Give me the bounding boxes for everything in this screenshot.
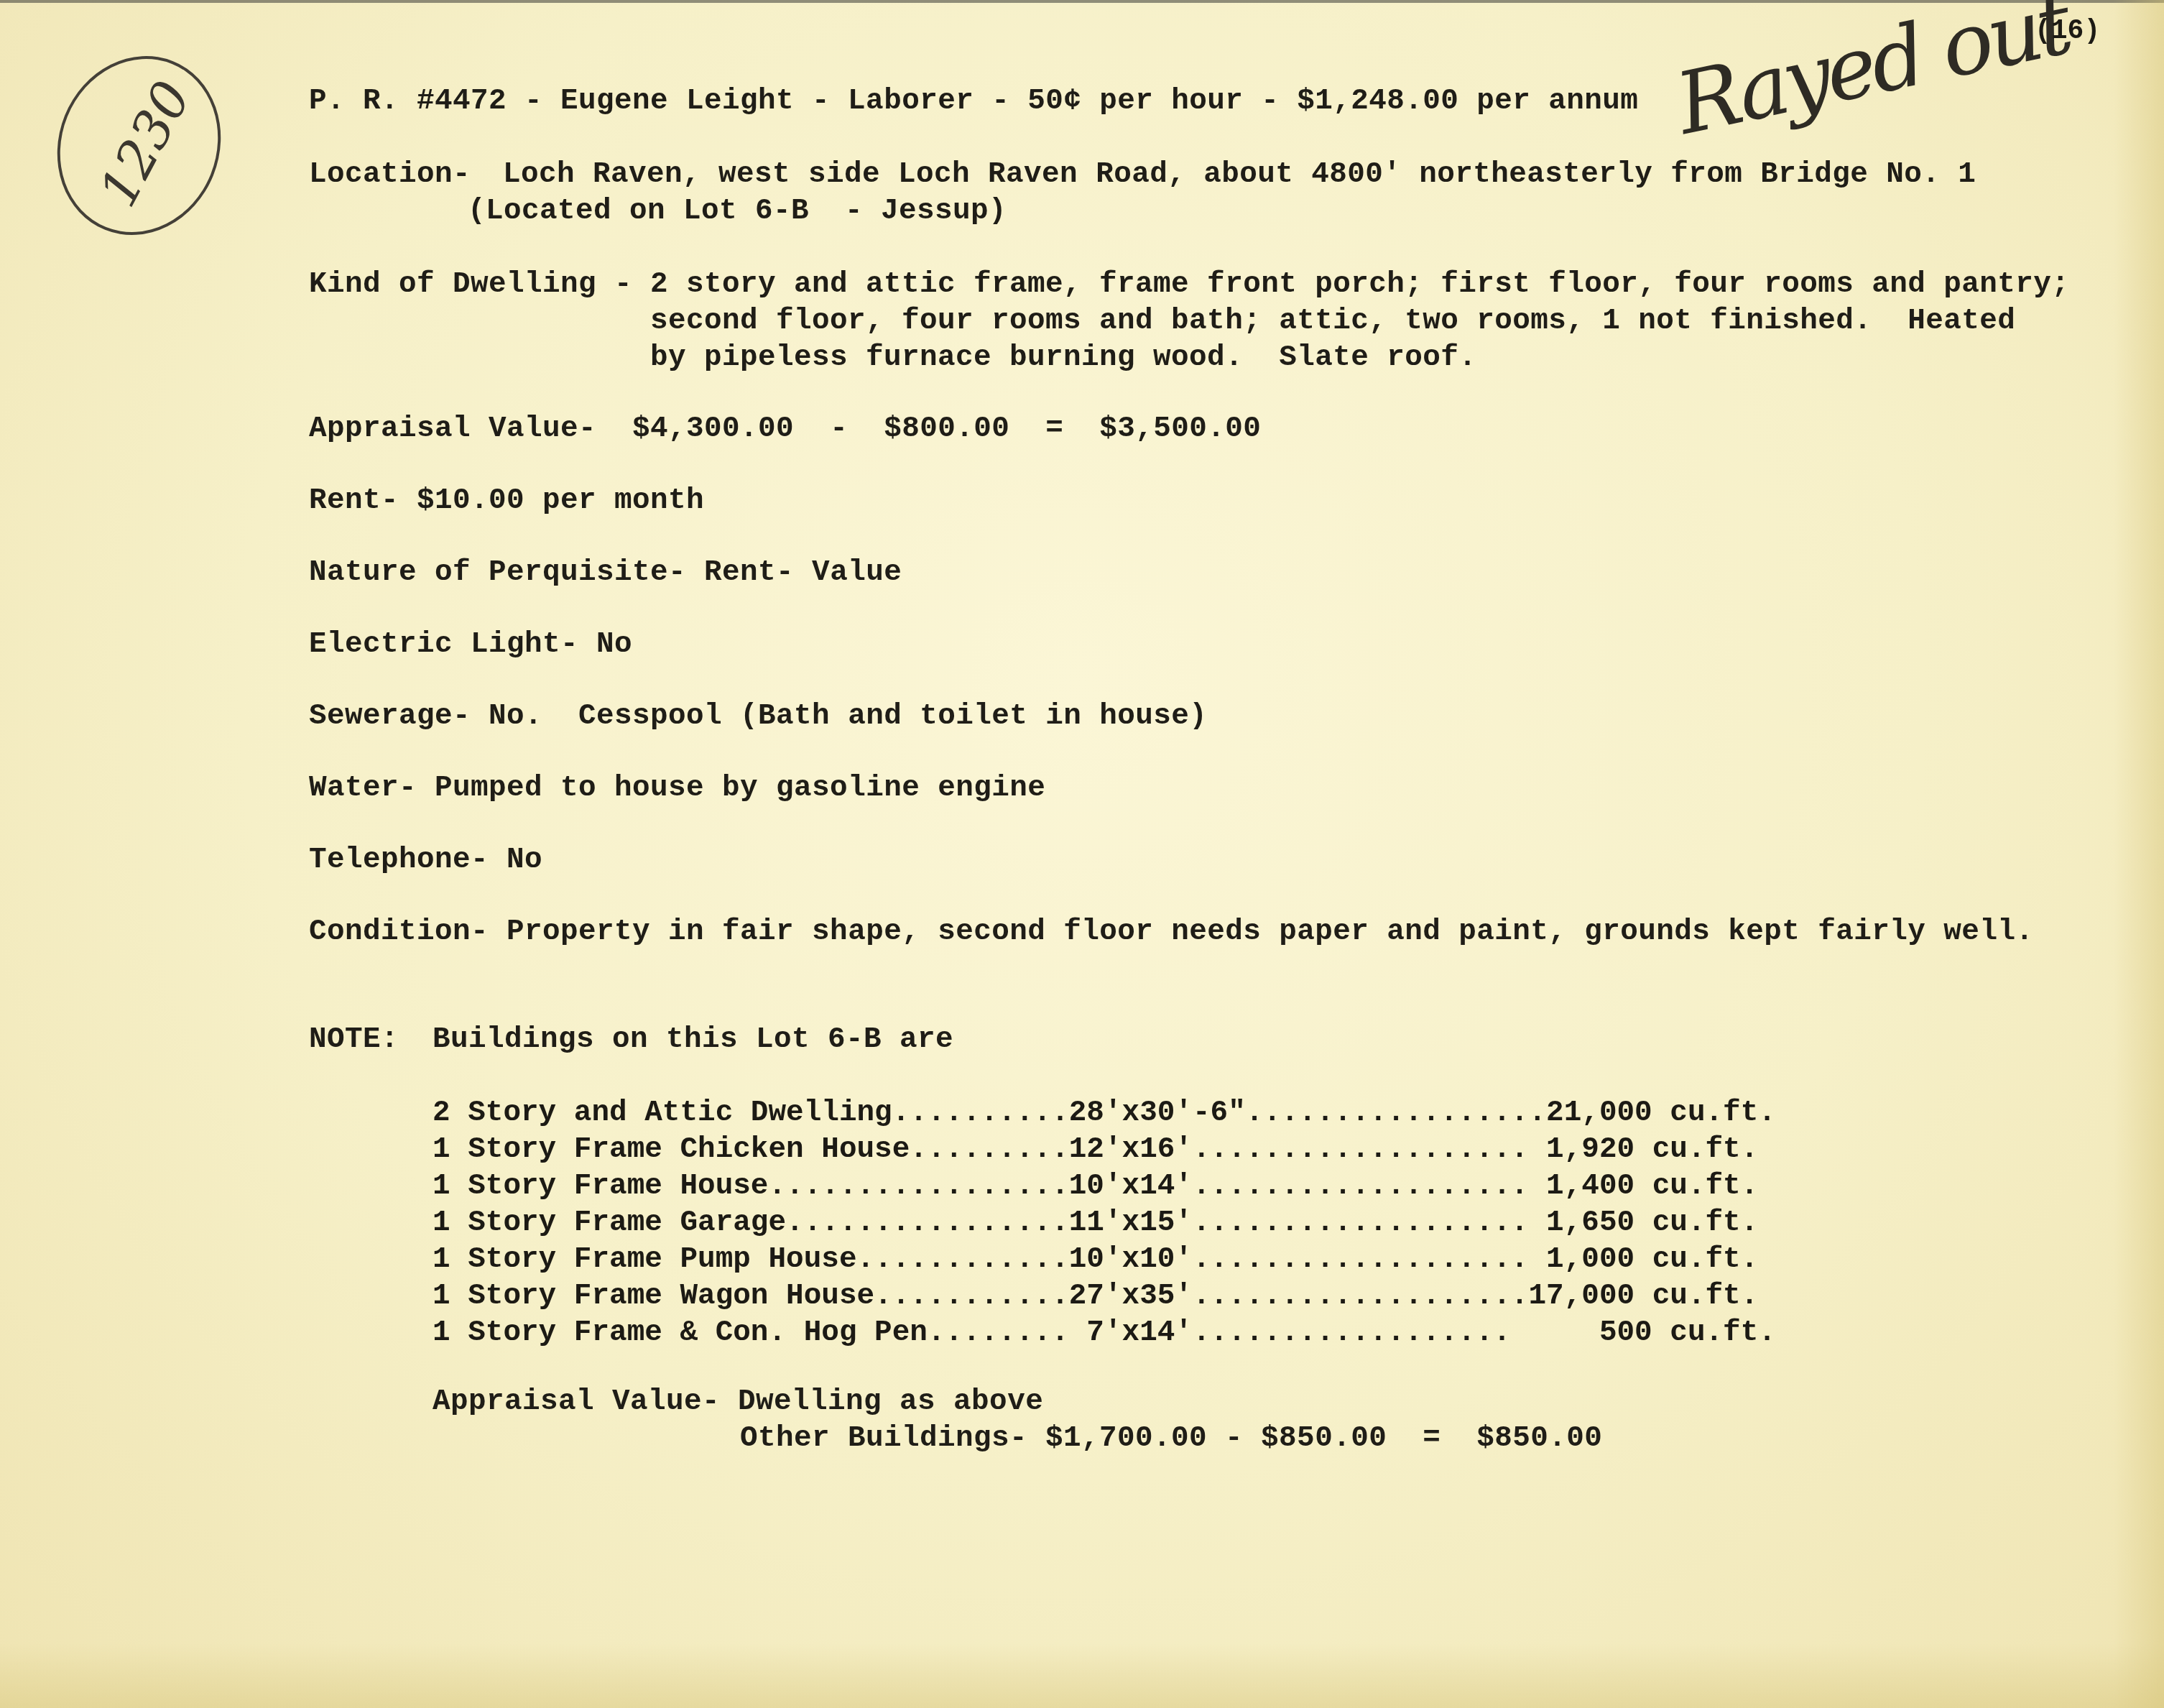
field-value: No bbox=[489, 844, 542, 877]
building-leader: ................. bbox=[1246, 1097, 1546, 1130]
building-leader: ................... bbox=[1193, 1243, 1528, 1276]
field-row: Appraisal Value- $4,300.00 - $800.00 = $… bbox=[309, 411, 1261, 448]
building-volume: 17,000 cu.ft. bbox=[1528, 1280, 1758, 1313]
building-leader: ................... bbox=[1193, 1170, 1528, 1203]
dwelling-line-3: by pipeless furnace burning wood. Slate … bbox=[650, 340, 1476, 377]
field-value: Rent- Value bbox=[686, 556, 902, 589]
building-size: 10'x10' bbox=[1069, 1243, 1193, 1276]
building-row: 1 Story Frame House.................10'x… bbox=[433, 1168, 1758, 1205]
building-volume: 500 cu.ft. bbox=[1546, 1316, 1776, 1349]
building-size: 11'x15' bbox=[1069, 1206, 1193, 1240]
building-size: 28'x30'-6" bbox=[1069, 1097, 1246, 1130]
building-volume: 21,000 cu.ft. bbox=[1546, 1097, 1776, 1130]
building-size: 7'x14' bbox=[1069, 1316, 1193, 1349]
building-row: 1 Story Frame Chicken House.........12'x… bbox=[433, 1132, 1758, 1168]
building-leader: .................. bbox=[1193, 1316, 1546, 1349]
field-value: $4,300.00 - $800.00 = $3,500.00 bbox=[596, 412, 1261, 446]
appraisal-other-line-2: Other Buildings- $1,700.00 - $850.00 = $… bbox=[740, 1421, 1602, 1457]
building-row: 1 Story Frame & Con. Hog Pen........ 7'x… bbox=[433, 1315, 1776, 1352]
location-line-2: (Located on Lot 6-B - Jessup) bbox=[468, 193, 1007, 230]
building-name: 1 Story Frame Garage................ bbox=[433, 1206, 1069, 1240]
handwritten-annotation: Rayed out bbox=[1668, 0, 2077, 154]
note-text: Buildings on this Lot 6-B are bbox=[433, 1022, 953, 1058]
building-size: 10'x14' bbox=[1069, 1170, 1193, 1203]
field-row: Sewerage- No. Cesspool (Bath and toilet … bbox=[309, 698, 1207, 735]
field-value: Property in fair shape, second floor nee… bbox=[489, 915, 2033, 948]
field-value: No. Cesspool (Bath and toilet in house) bbox=[471, 700, 1207, 733]
building-row: 2 Story and Attic Dwelling..........28'x… bbox=[433, 1095, 1776, 1132]
record-header: P. R. #4472 - Eugene Leight - Laborer - … bbox=[309, 83, 1638, 120]
field-label: Sewerage- bbox=[309, 700, 471, 733]
building-leader: ................... bbox=[1193, 1280, 1528, 1313]
building-name: 1 Story Frame & Con. Hog Pen........ bbox=[433, 1316, 1069, 1349]
paper-shading-right bbox=[2114, 0, 2164, 1708]
building-leader: ................... bbox=[1193, 1206, 1528, 1240]
field-label: Water- bbox=[309, 772, 417, 805]
building-leader: ................... bbox=[1193, 1133, 1528, 1166]
building-name: 1 Story Frame Pump House............ bbox=[433, 1243, 1069, 1276]
field-value: Pumped to house by gasoline engine bbox=[417, 772, 1045, 805]
field-label: Telephone- bbox=[309, 844, 489, 877]
building-volume: 1,400 cu.ft. bbox=[1528, 1170, 1758, 1203]
field-label: Appraisal Value- bbox=[309, 412, 596, 446]
field-row: Water- Pumped to house by gasoline engin… bbox=[309, 770, 1045, 807]
building-volume: 1,920 cu.ft. bbox=[1528, 1133, 1758, 1166]
building-row: 1 Story Frame Pump House............10'x… bbox=[433, 1242, 1758, 1278]
building-volume: 1,000 cu.ft. bbox=[1528, 1243, 1758, 1276]
building-name: 1 Story Frame Wagon House........... bbox=[433, 1280, 1069, 1313]
building-name: 1 Story Frame Chicken House......... bbox=[433, 1133, 1069, 1166]
paper-shading-bottom bbox=[0, 1643, 2164, 1708]
field-label: Nature of Perquisite- bbox=[309, 556, 686, 589]
field-label: Condition- bbox=[309, 915, 489, 948]
dwelling-label: Kind of Dwelling - bbox=[309, 267, 632, 303]
field-label: Rent- bbox=[309, 484, 399, 517]
field-value: $10.00 per month bbox=[399, 484, 704, 517]
page-number: (16) bbox=[2035, 16, 2100, 47]
field-row: Nature of Perquisite- Rent- Value bbox=[309, 555, 902, 591]
note-label: NOTE: bbox=[309, 1022, 399, 1058]
field-row: Condition- Property in fair shape, secon… bbox=[309, 914, 2033, 951]
dwelling-line-1: 2 story and attic frame, frame front por… bbox=[650, 267, 2069, 303]
field-label: Electric Light- bbox=[309, 628, 578, 661]
field-row: Electric Light- No bbox=[309, 627, 632, 663]
dwelling-line-2: second floor, four rooms and bath; attic… bbox=[650, 303, 2015, 340]
location-line-1: Loch Raven, west side Loch Raven Road, a… bbox=[503, 157, 1976, 193]
building-name: 1 Story Frame House................. bbox=[433, 1170, 1069, 1203]
building-row: 1 Story Frame Wagon House...........27'x… bbox=[433, 1278, 1758, 1315]
building-volume: 1,650 cu.ft. bbox=[1528, 1206, 1758, 1240]
building-size: 12'x16' bbox=[1069, 1133, 1193, 1166]
building-name: 2 Story and Attic Dwelling.......... bbox=[433, 1097, 1069, 1130]
field-row: Telephone- No bbox=[309, 842, 542, 879]
appraisal-other-line-1: Appraisal Value- Dwelling as above bbox=[433, 1384, 1043, 1421]
location-label: Location- bbox=[309, 157, 471, 193]
field-row: Rent- $10.00 per month bbox=[309, 483, 704, 520]
field-value: No bbox=[578, 628, 632, 661]
building-size: 27'x35' bbox=[1069, 1280, 1193, 1313]
scan-top-edge bbox=[0, 0, 2164, 3]
building-row: 1 Story Frame Garage................11'x… bbox=[433, 1205, 1758, 1242]
